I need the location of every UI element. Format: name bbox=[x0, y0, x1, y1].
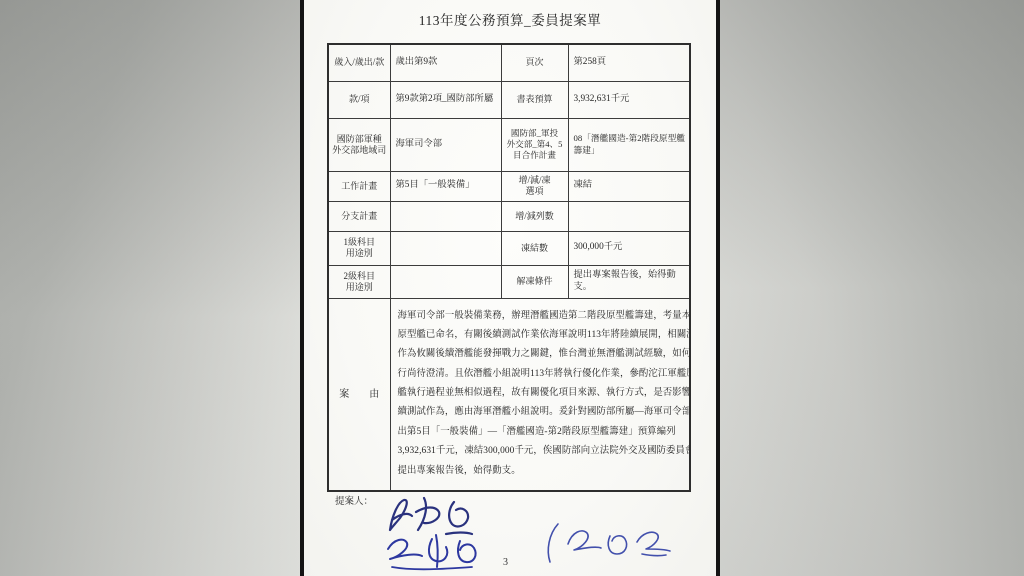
video-frame: 113年度公務預算_委員提案單 歲入/歲出/款 歲出第9款 頁次 第258頁 款… bbox=[0, 0, 1024, 576]
table-row: 歲入/歲出/款 歲出第9款 頁次 第258頁 bbox=[328, 44, 690, 81]
field-label-service-branch: 國防部軍種 外交部地域司 bbox=[328, 118, 390, 171]
field-value-book-budget: 3,932,631千元 bbox=[568, 81, 690, 118]
field-label-section: 款/項 bbox=[328, 81, 390, 118]
field-value-category-2 bbox=[390, 265, 501, 298]
field-label-budget-item: 歲入/歲出/款 bbox=[328, 44, 390, 81]
field-label-category-1: 1級科目 用途別 bbox=[328, 231, 390, 265]
case-label-char: 由 bbox=[369, 389, 379, 400]
field-value-frozen-amount: 300,000千元 bbox=[568, 231, 690, 265]
proposal-form-table: 歲入/歲出/款 歲出第9款 頁次 第258頁 款/項 第9款第2項_國防部所屬 … bbox=[327, 43, 691, 492]
document-title: 113年度公務預算_委員提案單 bbox=[304, 9, 716, 29]
field-label-work-plan: 工作計畫 bbox=[328, 171, 390, 201]
field-label-branch-plan: 分支計畫 bbox=[328, 201, 390, 231]
field-value-budget-item: 歲出第9款 bbox=[390, 44, 501, 81]
field-value-case-reason: 海軍司令部一般裝備業務，辦理潛艦國造第二階段原型艦籌建，考量本案 原型艦已命名，… bbox=[390, 298, 690, 491]
table-row: 1級科目 用途別 凍結數 300,000千元 bbox=[328, 231, 690, 265]
table-row: 分支計畫 增/減列數 bbox=[328, 201, 690, 231]
field-label-coop-plan: 國防部_軍投 外交部_第4、5 目合作計畫 bbox=[501, 118, 568, 171]
field-label-unfreeze-condition: 解凍條件 bbox=[501, 265, 568, 298]
field-label-page: 頁次 bbox=[501, 44, 568, 81]
field-value-category-1 bbox=[390, 231, 501, 265]
field-value-page: 第258頁 bbox=[568, 44, 690, 81]
field-value-freeze-option: 凍結 bbox=[568, 171, 690, 201]
field-value-service-branch: 海軍司令部 bbox=[390, 118, 501, 171]
signature-3 bbox=[542, 518, 680, 570]
signature-2 bbox=[380, 531, 485, 573]
document-page: 113年度公務預算_委員提案單 歲入/歲出/款 歲出第9款 頁次 第258頁 款… bbox=[300, 0, 720, 576]
field-value-unfreeze-condition: 提出專案報告後，始得動 支。 bbox=[568, 265, 690, 298]
field-value-adjust-amount bbox=[568, 201, 690, 231]
case-description-row: 案 由 海軍司令部一般裝備業務，辦理潛艦國造第二階段原型艦籌建，考量本案 原型艦… bbox=[328, 298, 690, 491]
field-value-work-plan: 第5目「一般裝備」 bbox=[390, 171, 501, 201]
table-row: 工作計畫 第5目「一般裝備」 增/減/凍 選項 凍結 bbox=[328, 171, 690, 201]
background-blur-left bbox=[0, 0, 300, 576]
field-label-adjust-amount: 增/減列數 bbox=[501, 201, 568, 231]
page-number: 3 bbox=[503, 557, 508, 568]
field-label-case-reason: 案 由 bbox=[328, 298, 390, 491]
proposer-label: 提案人： bbox=[335, 493, 373, 507]
field-label-frozen-amount: 凍結數 bbox=[501, 231, 568, 265]
case-label-char: 案 bbox=[339, 389, 349, 400]
field-value-section: 第9款第2項_國防部所屬 bbox=[390, 81, 501, 118]
field-label-book-budget: 書表預算 bbox=[501, 81, 568, 118]
field-value-coop-plan: 08「潛艦國造-第2階段原型艦 籌建」 bbox=[568, 118, 690, 171]
table-row: 2級科目 用途別 解凍條件 提出專案報告後，始得動 支。 bbox=[328, 265, 690, 298]
field-value-branch-plan bbox=[390, 201, 501, 231]
table-row: 款/項 第9款第2項_國防部所屬 書表預算 3,932,631千元 bbox=[328, 81, 690, 118]
table-row: 國防部軍種 外交部地域司 海軍司令部 國防部_軍投 外交部_第4、5 目合作計畫… bbox=[328, 118, 690, 171]
field-label-freeze-option: 增/減/凍 選項 bbox=[501, 171, 568, 201]
background-blur-right bbox=[720, 0, 1024, 576]
field-label-category-2: 2級科目 用途別 bbox=[328, 265, 390, 298]
